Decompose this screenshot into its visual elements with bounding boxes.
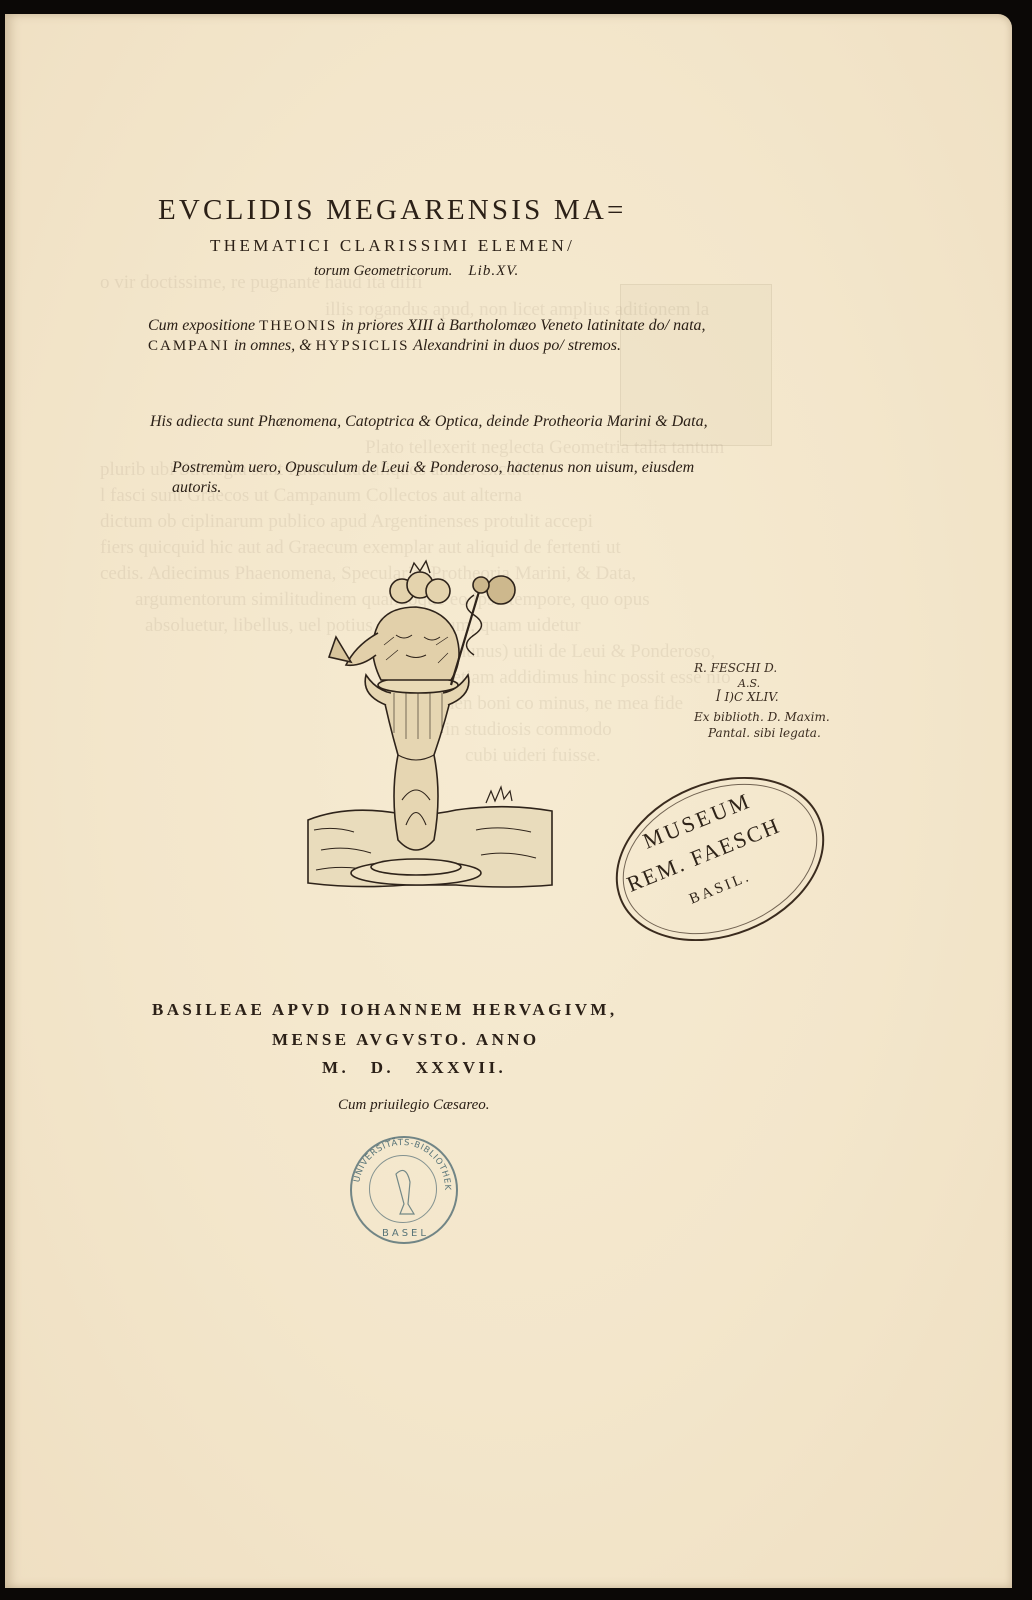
basel-crozier-icon [396,1170,414,1214]
printers-device-woodcut [306,555,556,895]
library-stamp-bottom-text: BASEL [382,1228,429,1239]
name-hypsicles: HYPSICLIS [316,338,410,354]
title-line-2: THEMATICI CLARISSIMI ELEMEN/ [210,236,575,256]
text-span: in omnes, & [230,337,316,354]
imprint-line-3: M. D. XXXVII. [322,1058,506,1078]
svg-text:UNIVERSITÄTS-BIBLIOTHEK: UNIVERSITÄTS-BIBLIOTHEK [352,1137,452,1191]
handwritten-line-3: ꟾ I)C XLIV. [716,690,779,705]
title-line-1: EVCLIDIS MEGARENSIS MA= [158,194,627,227]
handwritten-line-1: R. FESCHI D. [694,661,777,676]
text-span: Cum expositione [148,317,259,334]
privilege-line: Cum priuilegio Cæsareo. [338,1097,490,1114]
book-number: Lib.XV. [468,263,519,279]
description-paragraph-1: Cum expositione THEONIS in priores XIII … [148,316,728,356]
ghost-line: dictum ob ciplinarum publico apud Argent… [100,508,593,535]
handwritten-line-2: A.S. [738,676,760,691]
title-line-3: torum Geometricorum.Lib.XV. [314,263,519,280]
handwritten-line-4: Ex biblioth. D. Maxim. [694,710,830,725]
description-paragraph-3: Postremùm uero, Opusculum de Leui & Pond… [172,458,707,498]
name-theon: THEONIS [259,318,337,334]
imprint-line-2: MENSE AVGVSTO. ANNO [272,1030,540,1050]
library-stamp-text-ring: UNIVERSITÄTS-BIBLIOTHEK [350,1136,454,1240]
text-span: in priores XIII à Bartholomæo Veneto lat… [337,317,705,334]
description-paragraph-2: His adiecta sunt Phænomena, Catoptrica &… [150,412,708,432]
imprint-line-1: BASILEAE APVD IOHANNEM HERVAGIVM, [152,1000,618,1020]
name-campani: CAMPANI [148,338,230,354]
title-subject: torum Geometricorum. [314,263,452,279]
library-stamp-ring-text: UNIVERSITÄTS-BIBLIOTHEK [352,1137,452,1191]
handwritten-line-5: Pantal. sibi legata. [708,726,821,741]
text-span: Alexandrini in duos po/ stremos. [409,337,621,354]
